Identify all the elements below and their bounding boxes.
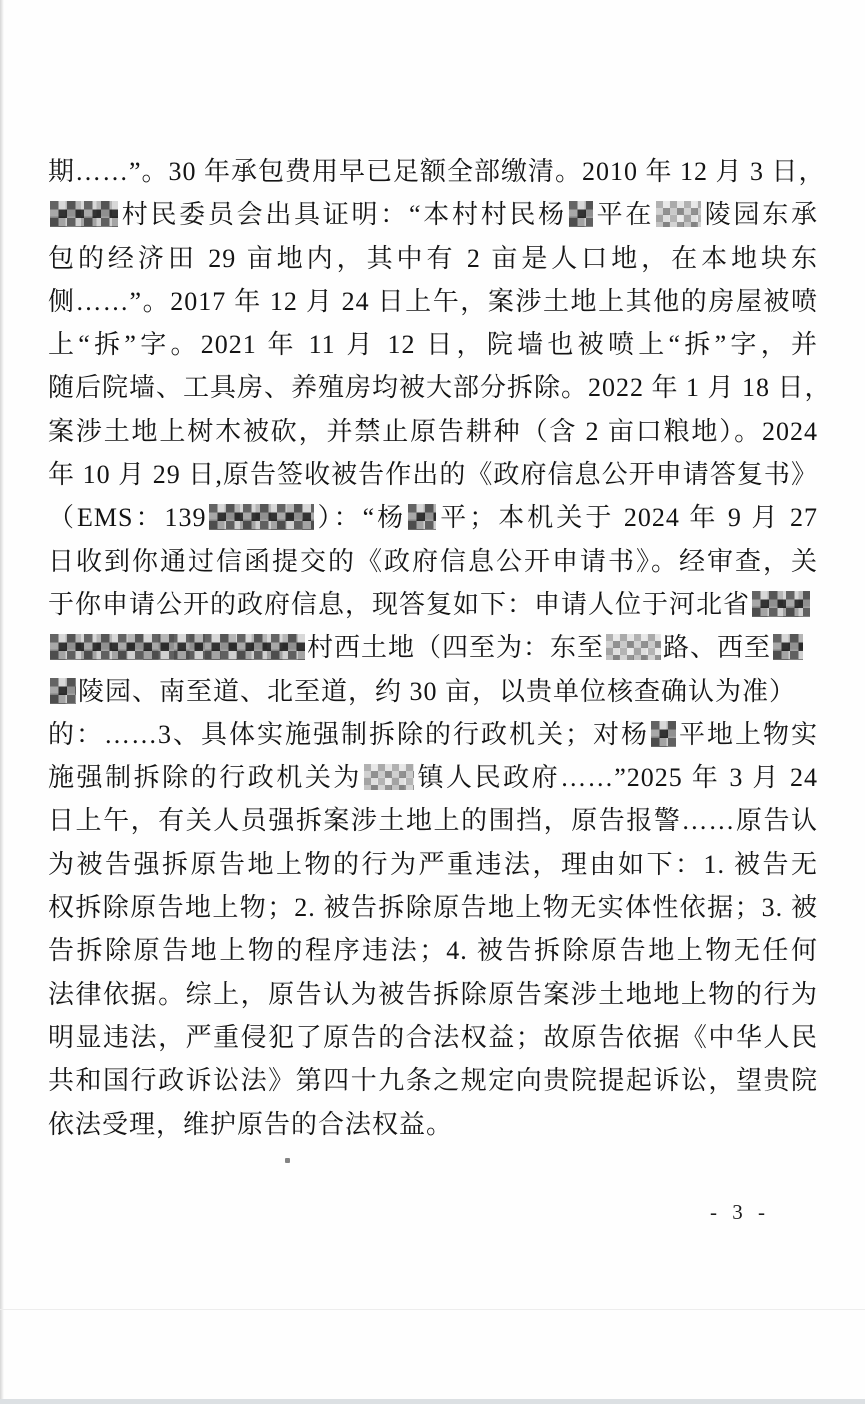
scan-artifact-line [0,1309,865,1310]
text-line: 村民委员会出具证明：“本村村民杨平在陵园东承 [48,193,818,236]
text-segment: 村西土地（四至为：东至 [307,633,604,662]
redaction-block [656,201,701,227]
text-segment: 上“拆”字。2021 年 11 月 12 日，院墙也被喷上“拆”字，并 [48,330,818,359]
text-segment: 权拆除原告地上物；2. 被告拆除原告地上物无实体性依据；3. 被 [48,893,818,922]
text-line: 日上午，有关人员强拆案涉土地上的围挡，原告报警……原告认 [48,799,818,842]
text-segment: （EMS：139 [48,503,207,532]
text-line: 随后院墙、工具房、养殖房均被大部分拆除。2022 年 1 月 18 日， [48,366,818,409]
text-line: 侧……”。2017 年 12 月 24 日上午，案涉土地上其他的房屋被喷 [48,280,818,323]
text-line: 期……”。30 年承包费用早已足额全部缴清。2010 年 12 月 3 日， [48,150,818,193]
redaction-block [606,634,661,660]
redaction-block [569,201,593,227]
text-line: 共和国行政诉讼法》第四十九条之规定向贵院提起诉讼，望贵院 [48,1059,818,1102]
text-segment: 日上午，有关人员强拆案涉土地上的围挡，原告报警……原告认 [48,806,818,835]
text-line: 上“拆”字。2021 年 11 月 12 日，院墙也被喷上“拆”字，并 [48,323,818,366]
text-segment: 告拆除原告地上物的程序违法；4. 被告拆除原告地上物无任何 [48,936,818,965]
redaction-block [752,591,810,617]
text-line: 年 10 月 29 日,原告签收被告作出的《政府信息公开申请答复书》 [48,453,818,496]
text-line: 依法受理，维护原告的合法权益。 [48,1103,818,1146]
redaction-block [50,634,305,660]
redaction-block [773,634,803,660]
text-line: 为被告强拆原告地上物的行为严重违法，理由如下：1. 被告无 [48,843,818,886]
text-segment: 随后院墙、工具房、养殖房均被大部分拆除。2022 年 1 月 18 日， [48,373,832,402]
text-segment: 依法受理，维护原告的合法权益。 [48,1110,453,1139]
text-segment: 施强制拆除的行政机关为 [48,763,362,792]
text-segment: ）：“杨 [316,503,407,532]
text-line: 权拆除原告地上物；2. 被告拆除原告地上物无实体性依据；3. 被 [48,886,818,929]
text-segment: 的：……3、具体实施强制拆除的行政机关；对杨 [48,720,649,749]
text-line: 日收到你通过信函提交的《政府信息公开申请书》。经审查，关 [48,540,818,583]
ink-speck [389,692,392,695]
text-line: （EMS：139）：“杨平；本机关于 2024 年 9 月 27 [48,496,818,539]
text-segment: 年 10 月 29 日,原告签收被告作出的《政府信息公开申请答复书》 [48,460,818,489]
scan-bottom-edge [0,1399,865,1404]
text-segment: 侧……”。2017 年 12 月 24 日上午，案涉土地上其他的房屋被喷 [48,287,818,316]
text-segment: 村民委员会出具证明：“本村村民杨 [120,200,567,229]
text-segment: 案涉土地上树木被砍，并禁止原告耕种（含 2 亩口粮地）。2024 [48,417,818,446]
text-line: 告拆除原告地上物的程序违法；4. 被告拆除原告地上物无任何 [48,929,818,972]
text-segment: 陵园东承 [703,200,818,229]
text-line: 施强制拆除的行政机关为镇人民政府……”2025 年 3 月 24 [48,756,818,799]
text-segment: 明显违法，严重侵犯了原告的合法权益；故原告依据《中华人民 [48,1023,818,1052]
redaction-block [408,504,436,530]
text-segment: 镇人民政府……”2025 年 3 月 24 [416,763,818,792]
text-segment: 平地上物实 [678,720,818,749]
text-segment: 共和国行政诉讼法》第四十九条之规定向贵院提起诉讼，望贵院 [48,1066,818,1095]
text-line: 明显违法，严重侵犯了原告的合法权益；故原告依据《中华人民 [48,1016,818,1059]
redaction-block [50,201,118,227]
scanned-document-page: 期……”。30 年承包费用早已足额全部缴清。2010 年 12 月 3 日，村民… [0,0,865,1404]
text-segment: 路、西至 [663,633,771,662]
text-line: 案涉土地上树木被砍，并禁止原告耕种（含 2 亩口粮地）。2024 [48,410,818,453]
redaction-block [651,721,676,747]
ink-speck [285,1158,290,1163]
text-segment: 日收到你通过信函提交的《政府信息公开申请书》。经审查，关 [48,547,818,576]
text-segment: 于你申请公开的政府信息，现答复如下：申请人位于河北省 [48,590,750,619]
document-text: 期……”。30 年承包费用早已足额全部缴清。2010 年 12 月 3 日，村民… [48,150,818,1146]
text-segment: 期……”。30 年承包费用早已足额全部缴清。2010 年 12 月 3 日， [48,157,826,186]
text-line: 村西土地（四至为：东至路、西至 [48,626,818,669]
text-segment: 为被告强拆原告地上物的行为严重违法，理由如下：1. 被告无 [48,850,818,879]
text-line: 包的经济田 29 亩地内，其中有 2 亩是人口地，在本地块东 [48,237,818,280]
text-line: 陵园、南至道、北至道，约 30 亩，以贵单位核查确认为准） [48,670,818,713]
text-line: 法律依据。综上，原告认为被告拆除原告案涉土地地上物的行为 [48,973,818,1016]
text-line: 的：……3、具体实施强制拆除的行政机关；对杨平地上物实 [48,713,818,756]
text-segment: 包的经济田 29 亩地内，其中有 2 亩是人口地，在本地块东 [48,244,818,273]
text-segment: 陵园、南至道、北至道，约 30 亩，以贵单位核查确认为准） [78,677,796,706]
text-segment: 法律依据。综上，原告认为被告拆除原告案涉土地地上物的行为 [48,980,818,1009]
redaction-block [50,678,76,704]
text-segment: 平；本机关于 2024 年 9 月 27 [438,503,818,532]
text-segment: 平在 [595,200,654,229]
redaction-block [209,504,314,530]
text-line: 于你申请公开的政府信息，现答复如下：申请人位于河北省 [48,583,818,626]
page-number: - 3 - [700,1200,780,1225]
redaction-block [364,764,414,790]
scan-left-edge-shadow [0,0,4,1404]
